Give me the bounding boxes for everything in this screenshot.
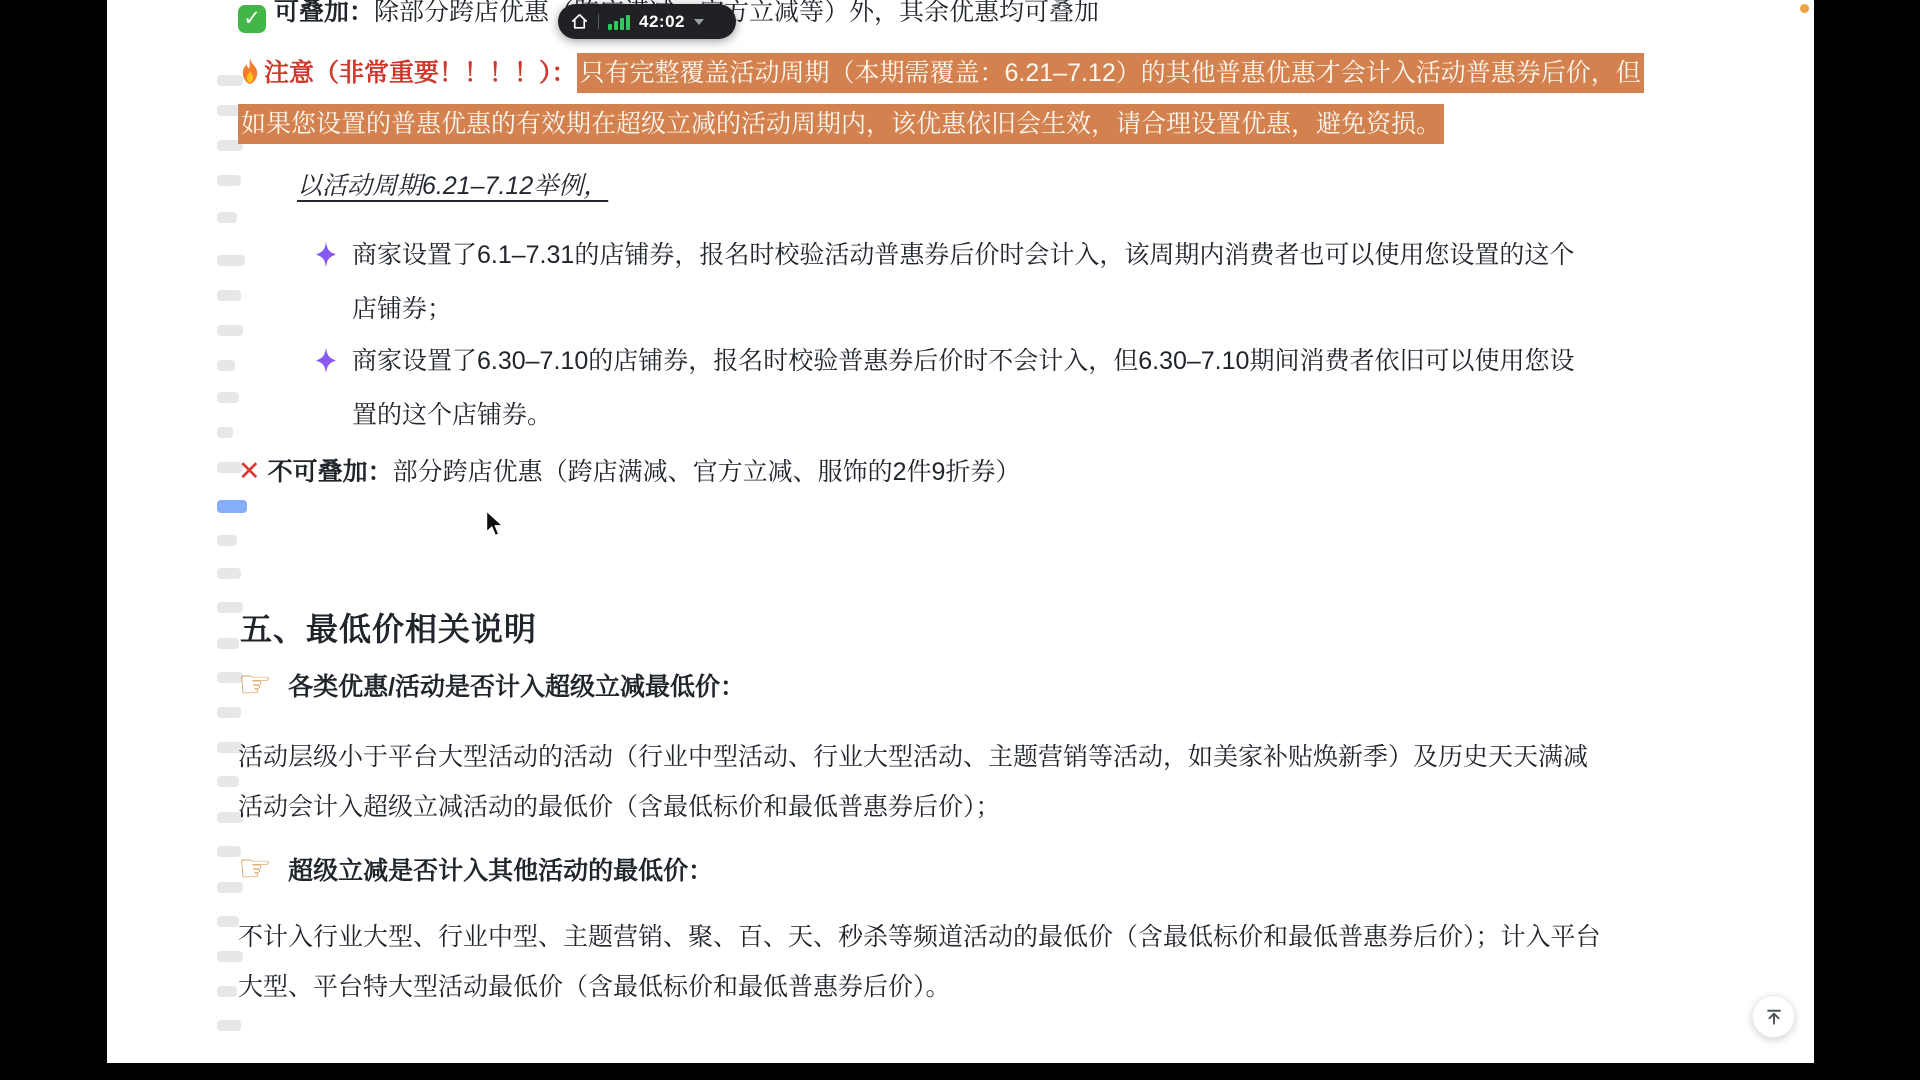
list-item: 商家设置了6.30–7.10的店铺券，报名时校验普惠券后价时不会计入，但6.30… xyxy=(316,334,1592,442)
bullet-text: 商家设置了6.30–7.10的店铺券，报名时校验普惠券后价时不会计入，但6.30… xyxy=(352,334,1592,442)
signal-bars-icon xyxy=(608,14,630,30)
recorder-pill[interactable]: 42:02 xyxy=(558,4,736,39)
pointer-label: 各类优惠/活动是否计入超级立减最低价： xyxy=(288,667,745,703)
home-icon[interactable] xyxy=(570,12,589,31)
minimap-item[interactable] xyxy=(217,986,237,997)
warning-block: 注意（非常重要！！！！）：只有完整覆盖活动周期（本期需覆盖：6.21–7.12）… xyxy=(238,50,1643,147)
minimap-item[interactable] xyxy=(217,360,235,371)
fire-icon xyxy=(238,55,262,101)
minimap-item[interactable] xyxy=(217,535,237,546)
not-stackable-text: 部分跨店优惠（跨店满减、官方立减、服饰的2件9折券） xyxy=(393,458,1021,486)
back-to-top-button[interactable] xyxy=(1752,995,1795,1038)
minimap-item[interactable] xyxy=(217,916,239,927)
letterbox-left xyxy=(0,0,107,1080)
document-page xyxy=(107,0,1814,1063)
warning-label: 注意（非常重要！！！！）： xyxy=(264,59,577,87)
list-item: 商家设置了6.1–7.31的店铺券，报名时校验活动普惠券后价时会计入，该周期内消… xyxy=(316,228,1592,336)
minimap-item[interactable] xyxy=(217,707,241,718)
pointing-hand-icon: ☞ xyxy=(238,666,272,704)
letterbox-bottom xyxy=(0,1063,1920,1080)
arrow-up-to-line-icon xyxy=(1764,1007,1784,1027)
pointer-line: ☞ 各类优惠/活动是否计入超级立减最低价： xyxy=(238,666,745,704)
minimap xyxy=(107,0,155,1063)
minimap-item[interactable] xyxy=(217,568,241,579)
section-heading: 五、最低价相关说明 xyxy=(240,604,537,650)
pointer-line: ☞ 超级立减是否计入其他活动的最低价： xyxy=(238,850,713,888)
letterbox-right xyxy=(1814,0,1920,1080)
minimap-item[interactable] xyxy=(217,175,241,186)
minimap-item[interactable] xyxy=(217,776,239,787)
stackable-text: 除部分跨店优惠（跨店满减、官方立减等）外，其余优惠均可叠加 xyxy=(374,0,1099,26)
minimap-item[interactable] xyxy=(217,638,239,649)
example-intro: 以活动周期6.21–7.12举例， xyxy=(297,166,608,202)
paragraph: 活动层级小于平台大型活动的活动（行业中型活动、行业大型活动、主题营销等活动，如美… xyxy=(238,732,1603,832)
paragraph: 不计入行业大型、行业中型、主题营销、聚、百、天、秒杀等频道活动的最低价（含最低标… xyxy=(238,912,1603,1012)
minimap-item-active[interactable] xyxy=(217,500,247,513)
check-emoji-icon: ✓ xyxy=(238,5,266,33)
cross-emoji-icon: ✕ xyxy=(238,456,261,486)
stackable-label: 可叠加： xyxy=(274,0,374,26)
minimap-item[interactable] xyxy=(217,427,233,438)
chevron-down-icon[interactable] xyxy=(694,19,704,25)
not-stackable-line: ✕不可叠加：部分跨店优惠（跨店满减、官方立减、服饰的2件9折券） xyxy=(238,452,1020,488)
bullet-text: 商家设置了6.1–7.31的店铺券，报名时校验活动普惠券后价时会计入，该周期内消… xyxy=(352,228,1592,336)
diamond-bullet-icon xyxy=(316,347,336,379)
minimap-item[interactable] xyxy=(217,1020,241,1031)
diamond-bullet-icon xyxy=(316,241,336,273)
minimap-item[interactable] xyxy=(217,290,241,301)
minimap-item[interactable] xyxy=(217,392,239,403)
minimap-item[interactable] xyxy=(217,325,243,336)
minimap-item[interactable] xyxy=(217,255,245,266)
recording-timer: 42:02 xyxy=(639,12,685,32)
not-stackable-label: 不可叠加： xyxy=(268,458,393,486)
notification-dot xyxy=(1800,4,1809,13)
pointing-hand-icon: ☞ xyxy=(238,850,272,888)
pill-divider xyxy=(598,14,599,29)
pointer-label: 超级立减是否计入其他活动的最低价： xyxy=(288,851,713,887)
minimap-item[interactable] xyxy=(217,212,237,223)
